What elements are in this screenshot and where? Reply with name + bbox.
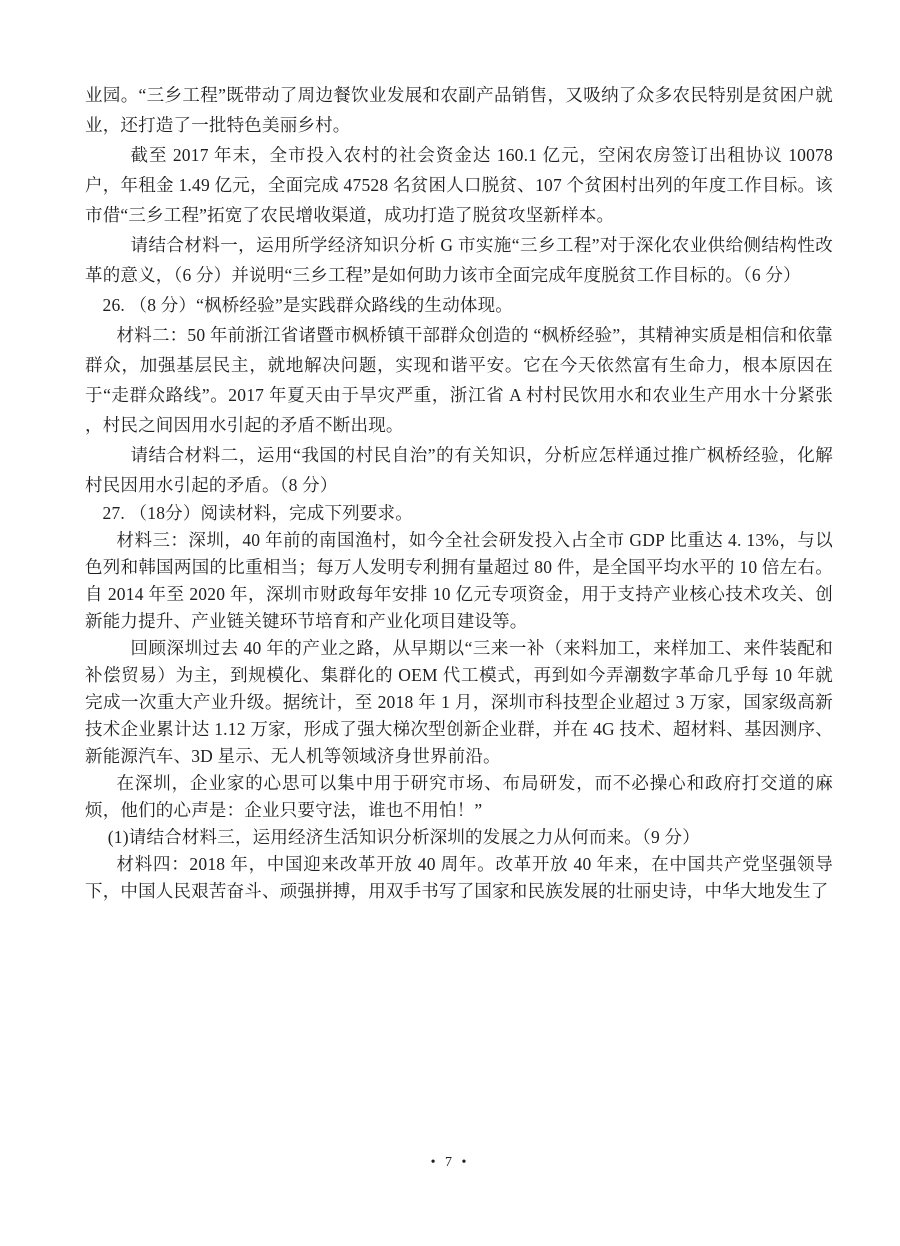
- q26-material-2: 材料二：50 年前浙江省诸暨市枫桥镇干部群众创造的 “枫桥经验”，其精神实质是相…: [85, 320, 833, 440]
- q27-material-4: 材料四：2018 年，中国迎来改革开放 40 周年。改革开放 40 年来，在中国…: [85, 851, 833, 905]
- q27-material-3-paragraph-1: 材料三：深圳，40 年前的南国渔村，如今全社会研发投入占全市 GDP 比重达 4…: [85, 527, 833, 635]
- q25-question: 请结合材料一，运用所学经济知识分析 G 市实施“三乡工程”对于深化农业供给侧结构…: [85, 230, 833, 290]
- q26-heading: 26. （8 分）“枫桥经验”是实践群众路线的生动体现。: [85, 290, 833, 320]
- q27-material-3-paragraph-3: 在深圳，企业家的心思可以集中用于研究市场、布局研发，而不必操心和政府打交道的麻烦…: [85, 770, 833, 824]
- q25-material-stats: 截至 2017 年末，全市投入农村的社会资金达 160.1 亿元，空闲农房签订出…: [85, 140, 833, 230]
- q25-material-continuation: 业园。“三乡工程”既带动了周边餐饮业发展和农副产品销售，又吸纳了众多农民特别是贫…: [85, 80, 833, 140]
- exam-paper-page: 业园。“三乡工程”既带动了周边餐饮业发展和农副产品销售，又吸纳了众多农民特别是贫…: [0, 0, 900, 1246]
- page-number: • 7 •: [0, 1155, 900, 1171]
- page-content: 业园。“三乡工程”既带动了周边餐饮业发展和农副产品销售，又吸纳了众多农民特别是贫…: [85, 80, 833, 905]
- q27-material-3-paragraph-2: 回顾深圳过去 40 年的产业之路，从早期以“三来一补（来料加工，来样加工、来件装…: [85, 635, 833, 770]
- q27-heading: 27. （18分）阅读材料，完成下列要求。: [85, 500, 833, 527]
- q26-question: 请结合材料二，运用“我国的村民自治”的有关知识，分析应怎样通过推广枫桥经验，化解…: [85, 440, 833, 500]
- q27-sub-question-1: (1)请结合材料三，运用经济生活知识分析深圳的发展之力从何而来。（9 分）: [85, 824, 833, 851]
